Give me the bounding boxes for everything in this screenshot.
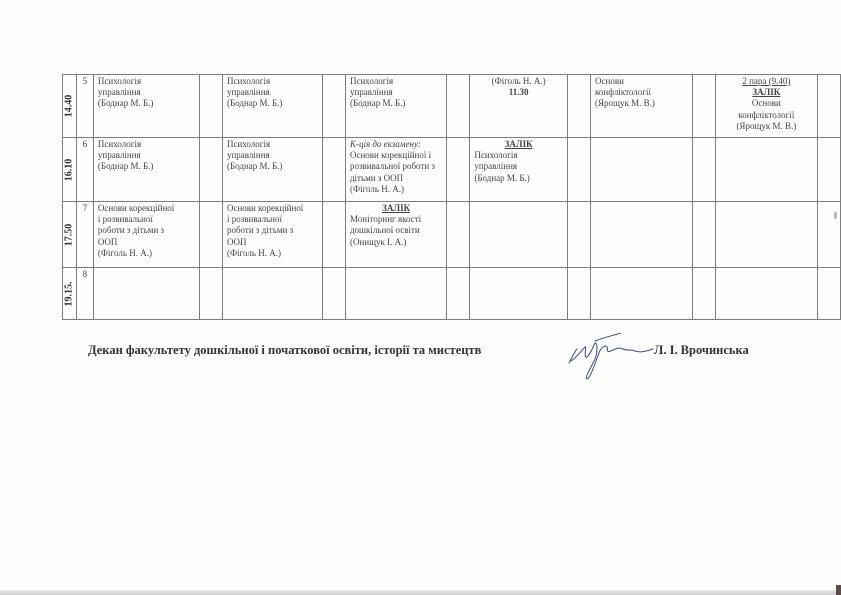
- room-cell: [447, 268, 470, 320]
- room-cell: [817, 138, 840, 202]
- class-cell: [222, 268, 322, 320]
- signature-icon: [565, 333, 655, 383]
- room-cell: [199, 202, 222, 268]
- class-cell: Основи корекційної і розвивальної роботи…: [93, 202, 199, 268]
- class-cell: [470, 202, 568, 268]
- room-cell: [322, 268, 345, 320]
- class-cell: Психологія управління (Боднар М. Б.): [222, 138, 322, 202]
- class-cell: [345, 268, 446, 320]
- class-cell: [470, 268, 568, 320]
- signer-name: Л. І. Врочинська: [654, 343, 749, 358]
- class-cell: Основи корекційної і розвивальної роботи…: [222, 202, 322, 268]
- scan-artifact: [834, 212, 837, 219]
- pair-number: 6: [76, 138, 93, 202]
- class-cell: Психологія управління (Боднар М. Б.): [222, 75, 322, 138]
- class-cell: Психологія управління (Боднар М. Б.): [93, 75, 199, 138]
- room-cell: [322, 138, 345, 202]
- room-cell: [692, 202, 715, 268]
- class-cell: 2 пара (9.40) ЗАЛІК Основи конфліктологі…: [715, 75, 817, 138]
- page-edge: [0, 590, 841, 595]
- class-cell: ЗАЛІК Психологія управління (Боднар М. Б…: [470, 138, 568, 202]
- room-cell: [692, 138, 715, 202]
- class-cell: ЗАЛІК Моніторинг якості дошкільної освіт…: [345, 202, 446, 268]
- class-cell: [715, 268, 817, 320]
- table-row: 19.15. 8: [63, 268, 841, 320]
- room-cell: [817, 75, 840, 138]
- room-cell: [817, 202, 840, 268]
- class-cell: Психологія управління (Боднар М. Б.): [93, 138, 199, 202]
- class-cell: [591, 268, 693, 320]
- time-cell: 17.50: [63, 202, 77, 268]
- room-cell: [567, 268, 590, 320]
- class-cell: Основи конфліктології (Ярощук М. В.): [591, 75, 693, 138]
- schedule-table: 14.40 5 Психологія управління (Боднар М.…: [62, 74, 841, 320]
- dean-position: Декан факультету дошкільної і початкової…: [88, 343, 481, 358]
- room-cell: [567, 75, 590, 138]
- page-corner: [836, 585, 841, 595]
- room-cell: [567, 202, 590, 268]
- room-cell: [199, 138, 222, 202]
- time-cell: 16.10: [63, 138, 77, 202]
- room-cell: [322, 202, 345, 268]
- room-cell: [692, 268, 715, 320]
- time-cell: 14.40: [63, 75, 77, 138]
- scanned-page: 14.40 5 Психологія управління (Боднар М.…: [0, 0, 841, 595]
- class-cell: (Фіголь Н. А.) 11.30: [470, 75, 568, 138]
- time-cell: 19.15.: [63, 268, 77, 320]
- table-row: 14.40 5 Психологія управління (Боднар М.…: [63, 75, 841, 138]
- room-cell: [322, 75, 345, 138]
- pair-number: 8: [76, 268, 93, 320]
- room-cell: [199, 75, 222, 138]
- class-cell: Психологія управління (Боднар М. Б.): [345, 75, 446, 138]
- class-cell: [93, 268, 199, 320]
- room-cell: [447, 75, 470, 138]
- class-cell: К-ція до екзамену: Основи корекційної і …: [345, 138, 446, 202]
- table-row: 17.50 7 Основи корекційної і розвивально…: [63, 202, 841, 268]
- class-cell: [591, 202, 693, 268]
- class-cell: [715, 202, 817, 268]
- table-row: 16.10 6 Психологія управління (Боднар М.…: [63, 138, 841, 202]
- room-cell: [199, 268, 222, 320]
- room-cell: [567, 138, 590, 202]
- room-cell: [692, 75, 715, 138]
- class-cell: [715, 138, 817, 202]
- pair-number: 7: [76, 202, 93, 268]
- room-cell: [447, 202, 470, 268]
- room-cell: [817, 268, 840, 320]
- room-cell: [447, 138, 470, 202]
- class-cell: [591, 138, 693, 202]
- pair-number: 5: [76, 75, 93, 138]
